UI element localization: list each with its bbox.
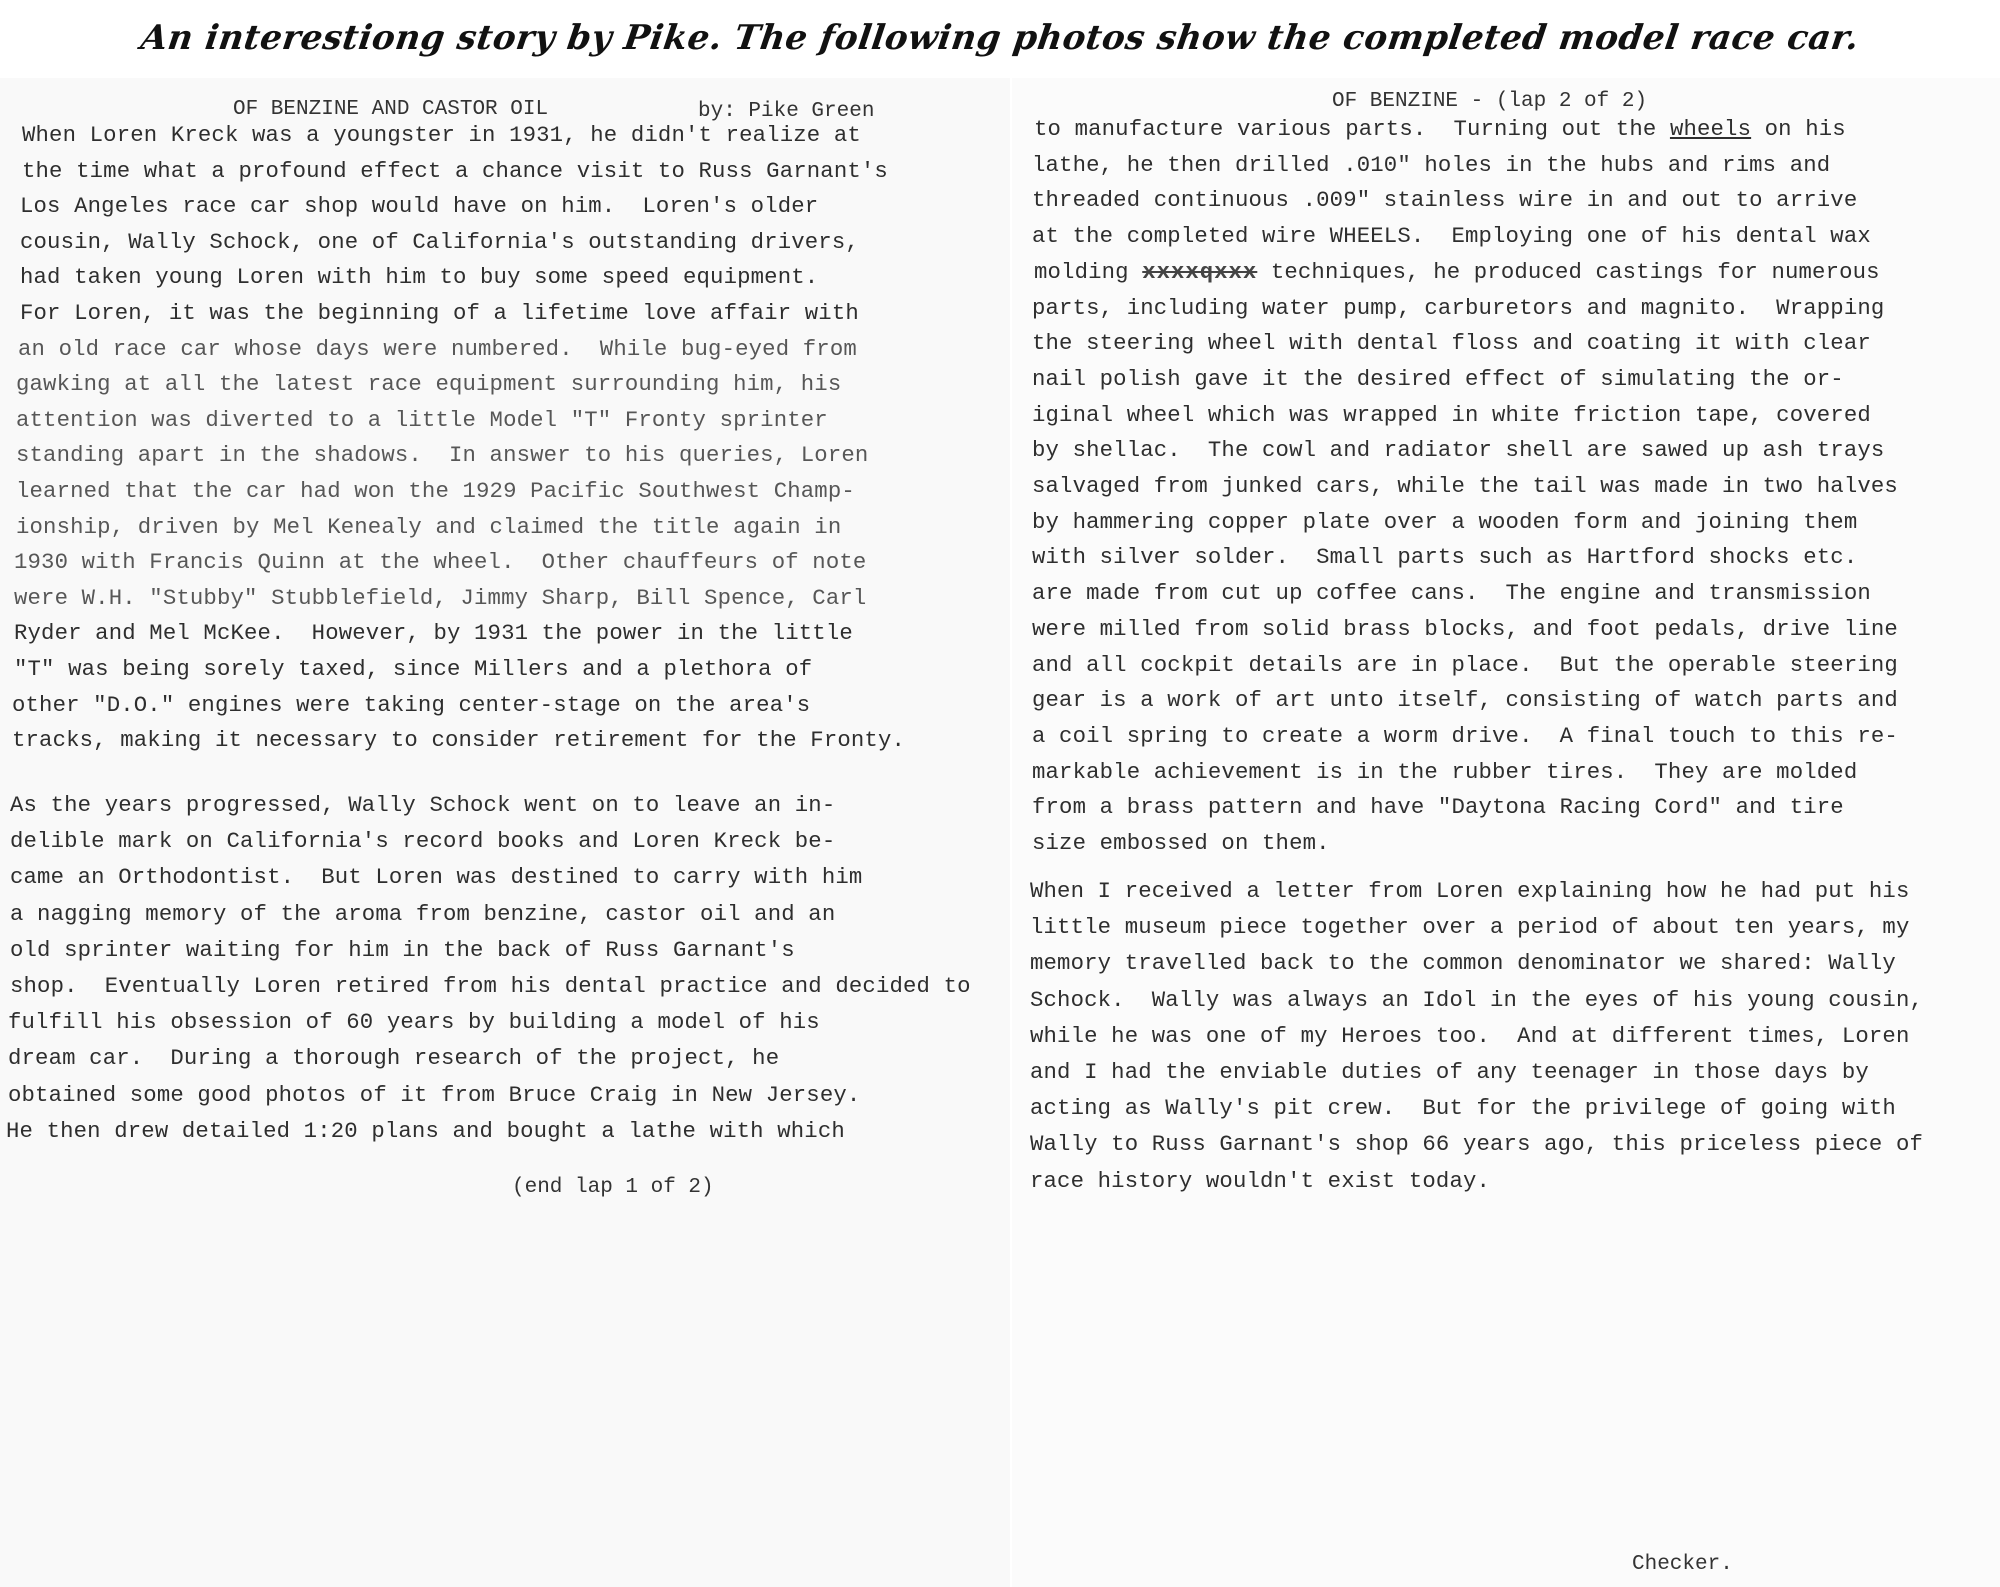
body-line: When I received a letter from Loren expl… (1030, 878, 1909, 904)
body-line: little museum piece together over a peri… (1030, 914, 1909, 940)
continuation-title: OF BENZINE - (lap 2 of 2) (1332, 90, 1647, 113)
body-line: were milled from solid brass blocks, and… (1032, 616, 1898, 642)
body-line: the time what a profound effect a chance… (22, 158, 888, 184)
body-line: were W.H. "Stubby" Stubblefield, Jimmy S… (14, 585, 866, 611)
body-line: a coil spring to create a worm drive. A … (1032, 723, 1898, 749)
body-line: by shellac. The cowl and radiator shell … (1032, 437, 1884, 463)
body-line: came an Orthodontist. But Loren was dest… (10, 864, 862, 890)
body-line: an old race car whose days were numbered… (18, 336, 857, 362)
body-line: fulfill his obsession of 60 years by bui… (8, 1009, 820, 1035)
body-line: obtained some good photos of it from Bru… (8, 1082, 860, 1108)
body-line: Los Angeles race car shop would have on … (20, 193, 818, 219)
article-title: OF BENZINE AND CASTOR OIL (233, 98, 548, 121)
body-line: When Loren Kreck was a youngster in 1931… (22, 122, 861, 148)
body-line: molding xxxxqxxx techniques, he produced… (1034, 259, 1880, 285)
left-page: OF BENZINE AND CASTOR OIL by: Pike Green… (0, 78, 1010, 1587)
body-line: with silver solder. Small parts such as … (1032, 544, 1857, 570)
body-line: and all cockpit details are in place. Bu… (1032, 652, 1898, 678)
body-line: other "D.O." engines were taking center-… (12, 692, 810, 718)
body-line: ionship, driven by Mel Kenealy and claim… (16, 514, 841, 540)
body-line: lathe, he then drilled .010" holes in th… (1032, 152, 1830, 178)
body-line: at the completed wire WHEELS. Employing … (1032, 223, 1871, 249)
body-line: acting as Wally's pit crew. But for the … (1030, 1095, 1896, 1121)
body-line: had taken young Loren with him to buy so… (20, 264, 818, 290)
banner-caption: An interestiong story by Pike. The follo… (0, 18, 2000, 58)
body-line: and I had the enviable duties of any tee… (1030, 1059, 1869, 1085)
body-line: standing apart in the shadows. In answer… (16, 442, 868, 468)
body-line: Wally to Russ Garnant's shop 66 years ag… (1030, 1131, 1923, 1157)
body-line: As the years progressed, Wally Schock we… (10, 792, 835, 818)
right-page: OF BENZINE - (lap 2 of 2) to manufacture… (1012, 78, 2000, 1587)
body-line: by hammering copper plate over a wooden … (1032, 509, 1857, 535)
body-line: attention was diverted to a little Model… (16, 407, 828, 433)
end-lap-1-note: (end lap 1 of 2) (512, 1176, 714, 1199)
body-line: threaded continuous .009" stainless wire… (1032, 187, 1857, 213)
body-line: markable achievement is in the rubber ti… (1032, 759, 1857, 785)
body-line: He then drew detailed 1:20 plans and bou… (6, 1118, 845, 1144)
body-line: gawking at all the latest race equipment… (16, 371, 841, 397)
body-line: iginal wheel which was wrapped in white … (1032, 402, 1871, 428)
body-line: memory travelled back to the common deno… (1030, 950, 1896, 976)
body-line: old sprinter waiting for him in the back… (10, 937, 795, 963)
body-line: 1930 with Francis Quinn at the wheel. Ot… (14, 549, 866, 575)
body-line: "T" was being sorely taxed, since Miller… (14, 656, 812, 682)
struck-out-word: xxxxqxxx (1142, 259, 1257, 285)
body-line: Ryder and Mel McKee. However, by 1931 th… (14, 620, 853, 646)
body-line: parts, including water pump, carburetors… (1032, 295, 1884, 321)
signature: Checker. (1632, 1553, 1733, 1576)
body-line: gear is a work of art unto itself, consi… (1032, 687, 1898, 713)
body-line: shop. Eventually Loren retired from his … (10, 973, 971, 999)
body-line: salvaged from junked cars, while the tai… (1032, 473, 1898, 499)
body-line: a nagging memory of the aroma from benzi… (10, 901, 835, 927)
body-line: are made from cut up coffee cans. The en… (1032, 580, 1871, 606)
byline: by: Pike Green (698, 100, 874, 123)
body-line: race history wouldn't exist today. (1030, 1168, 1490, 1194)
body-line: from a brass pattern and have "Daytona R… (1032, 794, 1844, 820)
body-line: nail polish gave it the desired effect o… (1032, 366, 1844, 392)
body-line: while he was one of my Heroes too. And a… (1030, 1023, 1909, 1049)
body-line: dream car. During a thorough research of… (8, 1045, 779, 1071)
body-line: For Loren, it was the beginning of a lif… (20, 300, 859, 326)
body-line: the steering wheel with dental floss and… (1032, 330, 1871, 356)
body-line: cousin, Wally Schock, one of California'… (20, 229, 859, 255)
body-line: Schock. Wally was always an Idol in the … (1030, 987, 1923, 1013)
body-line: learned that the car had won the 1929 Pa… (16, 478, 855, 504)
body-line: size embossed on them. (1032, 830, 1330, 856)
underlined-word: wheels (1670, 116, 1751, 142)
body-line: tracks, making it necessary to consider … (12, 727, 905, 753)
body-line: to manufacture various parts. Turning ou… (1034, 116, 1846, 142)
body-line: delible mark on California's record book… (10, 828, 835, 854)
